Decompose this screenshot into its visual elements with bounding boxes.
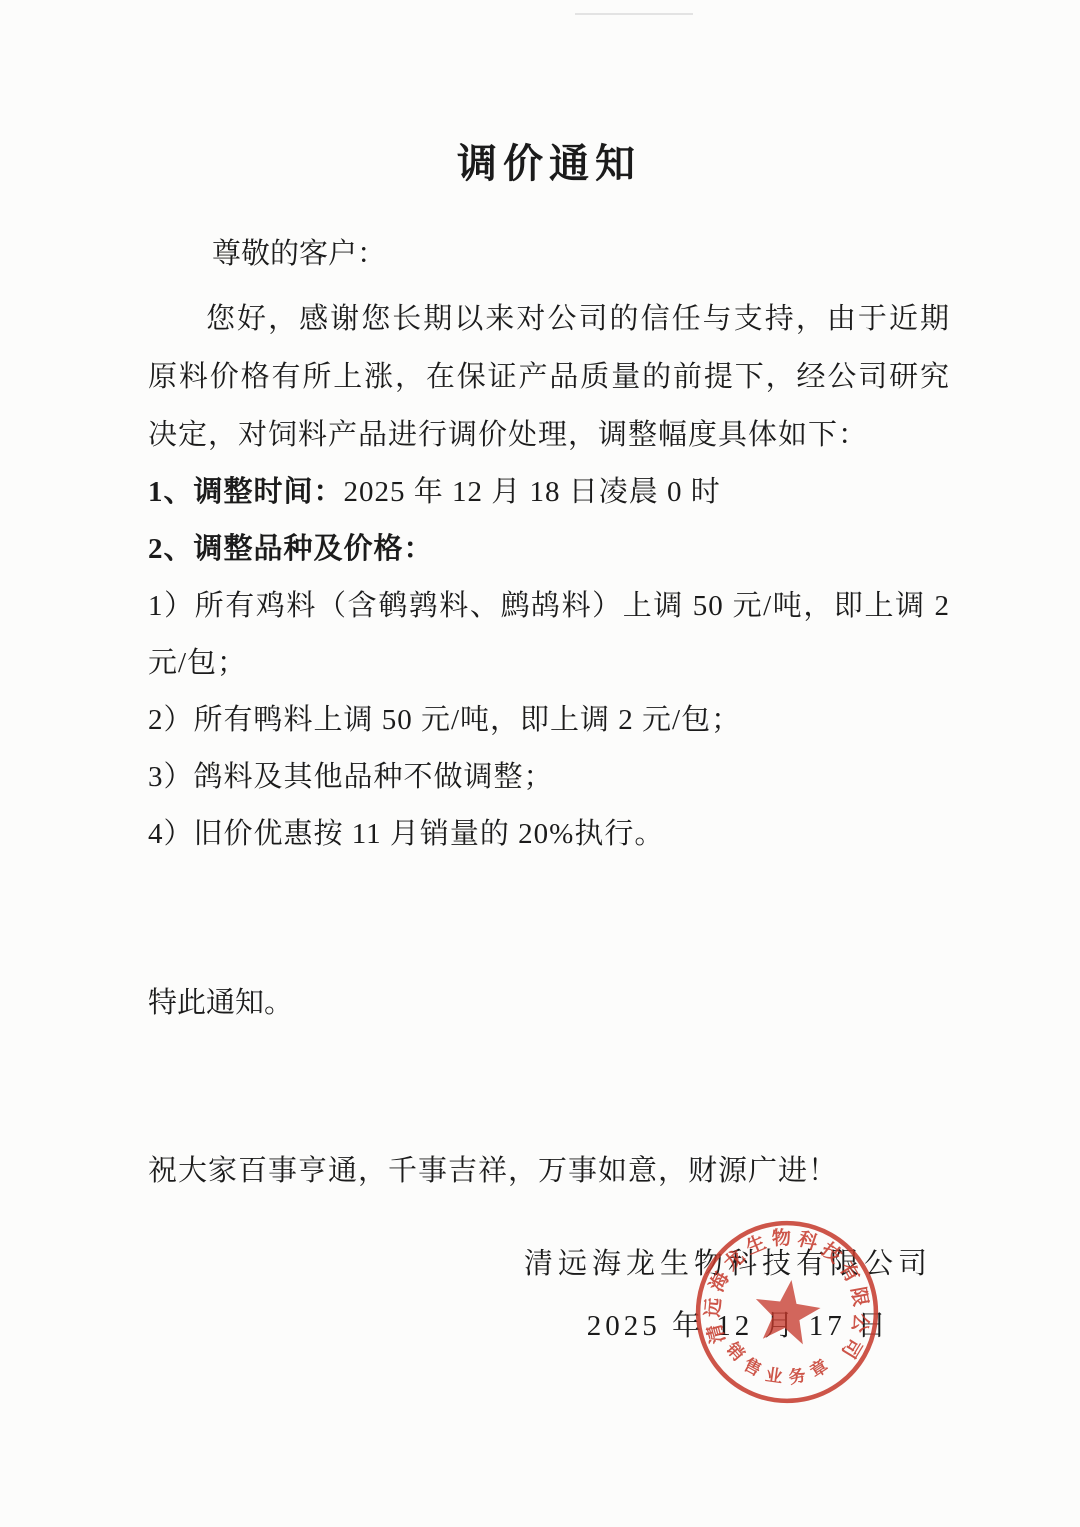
notice-document: 调价通知 尊敬的客户： 您好，感谢您长期以来对公司的信任与支持，由于近期原料价格… xyxy=(0,0,1080,1527)
item-adjust-time: 1、调整时间：2025 年 12 月 18 日凌晨 0 时 xyxy=(148,464,950,521)
item-adjust-varieties: 2、调整品种及价格： xyxy=(148,521,950,578)
sub-item-pigeon-feed: 3）鸽料及其他品种不做调整； xyxy=(148,749,950,806)
sub-item-old-price-discount: 4）旧价优惠按 11 月销量的 20%执行。 xyxy=(148,806,950,863)
item-adjust-varieties-label: 2、调整品种及价格： xyxy=(148,533,434,565)
sub-item-duck-feed: 2）所有鸭料上调 50 元/吨，即上调 2 元/包； xyxy=(148,692,950,749)
salutation: 尊敬的客户： xyxy=(148,234,950,274)
signature-block: 清远海龙生物科技有限公司 2025 年 12 月 17 日 xyxy=(148,1243,950,1347)
document-title: 调价通知 xyxy=(148,140,950,188)
sub-item-chicken-feed: 1）所有鸡料（含鹌鹑料、鹧鸪料）上调 50 元/吨，即上调 2 元/包； xyxy=(148,578,950,692)
signature-date: 2025 年 12 月 17 日 xyxy=(148,1305,890,1347)
signature-company: 清远海龙生物科技有限公司 xyxy=(148,1243,932,1285)
scan-artifact-line xyxy=(575,13,693,15)
blessing-line: 祝大家百事亨通，千事吉祥，万事如意，财源广进！ xyxy=(148,1151,950,1191)
closing-note: 特此通知。 xyxy=(148,983,950,1023)
item-adjust-time-text: 2025 年 12 月 18 日凌晨 0 时 xyxy=(344,476,721,508)
item-adjust-time-label: 1、调整时间： xyxy=(148,476,344,508)
intro-paragraph: 您好，感谢您长期以来对公司的信任与支持，由于近期原料价格有所上涨，在保证产品质量… xyxy=(148,290,950,464)
